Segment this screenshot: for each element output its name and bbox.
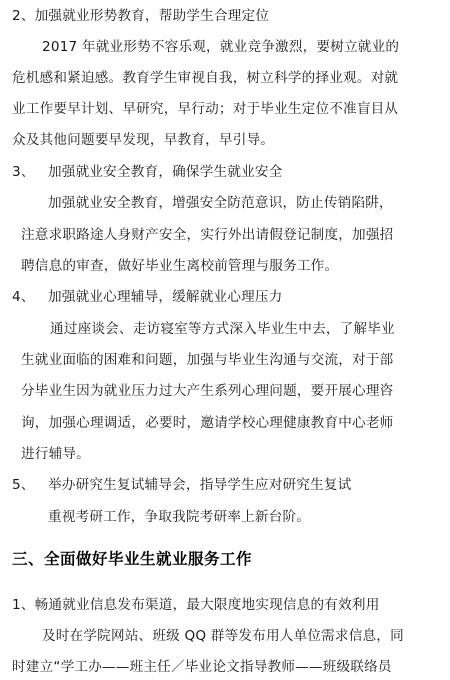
item-5-heading-text: 举办研究生复试辅导会，指导学生应对研究生复试 — [48, 477, 351, 493]
item-4-line-5: 进行辅导。 — [21, 444, 90, 464]
item-2-line-1: 2017 年就业形势不容乐观，就业竞争激烈，要树立就业的 — [42, 37, 399, 57]
item-4-heading: 4、加强就业心理辅导，缓解就业心理压力 — [12, 287, 283, 307]
item-5-line-1: 重视考研工作，争取我院考研率上新台阶。 — [48, 507, 310, 527]
section-3-item-1-line-1: 及时在学院网站、班级 QQ 群等发布用人单位需求信息，同 — [42, 626, 404, 646]
item-3-heading: 3、加强就业安全教育，确保学生就业安全 — [12, 162, 283, 182]
item-5-number: 5、 — [12, 475, 48, 495]
item-3-number: 3、 — [12, 162, 48, 182]
item-4-line-2: 生就业面临的困难和问题，加强与毕业生沟通与交流，对于部 — [21, 350, 393, 370]
item-2-heading: 2、加强就业形势教育，帮助学生合理定位 — [12, 6, 269, 26]
item-2-line-2: 危机感和紧迫感。教育学生审视自我，树立科学的择业观。对就 — [12, 68, 398, 88]
item-3-heading-text: 加强就业安全教育，确保学生就业安全 — [48, 164, 283, 180]
item-4-line-3: 分毕业生因为就业压力过大产生系列心理问题，要开展心理咨 — [21, 381, 393, 401]
item-4-line-1: 通过座谈会、走访寝室等方式深入毕业生中去，了解毕业 — [50, 319, 395, 339]
section-3-item-1-line-2: 时建立“学工办——班主任／毕业论文指导教师——班级联络员 — [12, 657, 392, 677]
item-3-line-2: 注意求职路途人身财产安全，实行外出请假登记制度，加强招 — [21, 225, 393, 245]
item-4-heading-text: 加强就业心理辅导，缓解就业心理压力 — [48, 289, 283, 305]
item-2-line-3: 业工作要早计划、早研究，早行动；对于毕业生定位不准盲目从 — [12, 99, 398, 119]
item-4-number: 4、 — [12, 287, 48, 307]
item-4-line-4: 询，加强心理调适，必要时，邀请学校心理健康教育中心老师 — [21, 413, 393, 433]
section-3-item-1-heading: 1、畅通就业信息发布渠道，最大限度地实现信息的有效利用 — [12, 595, 379, 615]
item-5-heading: 5、举办研究生复试辅导会，指导学生应对研究生复试 — [12, 475, 351, 495]
item-3-line-3: 聘信息的审查，做好毕业生离校前管理与服务工作。 — [21, 256, 338, 276]
item-3-line-1: 加强就业安全教育，增强安全防范意识，防止传销陷阱， — [48, 193, 393, 213]
section-3-heading: 三、全面做好毕业生就业服务工作 — [12, 549, 252, 569]
item-2-line-4: 众及其他问题要早发现，早教育，早引导。 — [12, 130, 274, 150]
